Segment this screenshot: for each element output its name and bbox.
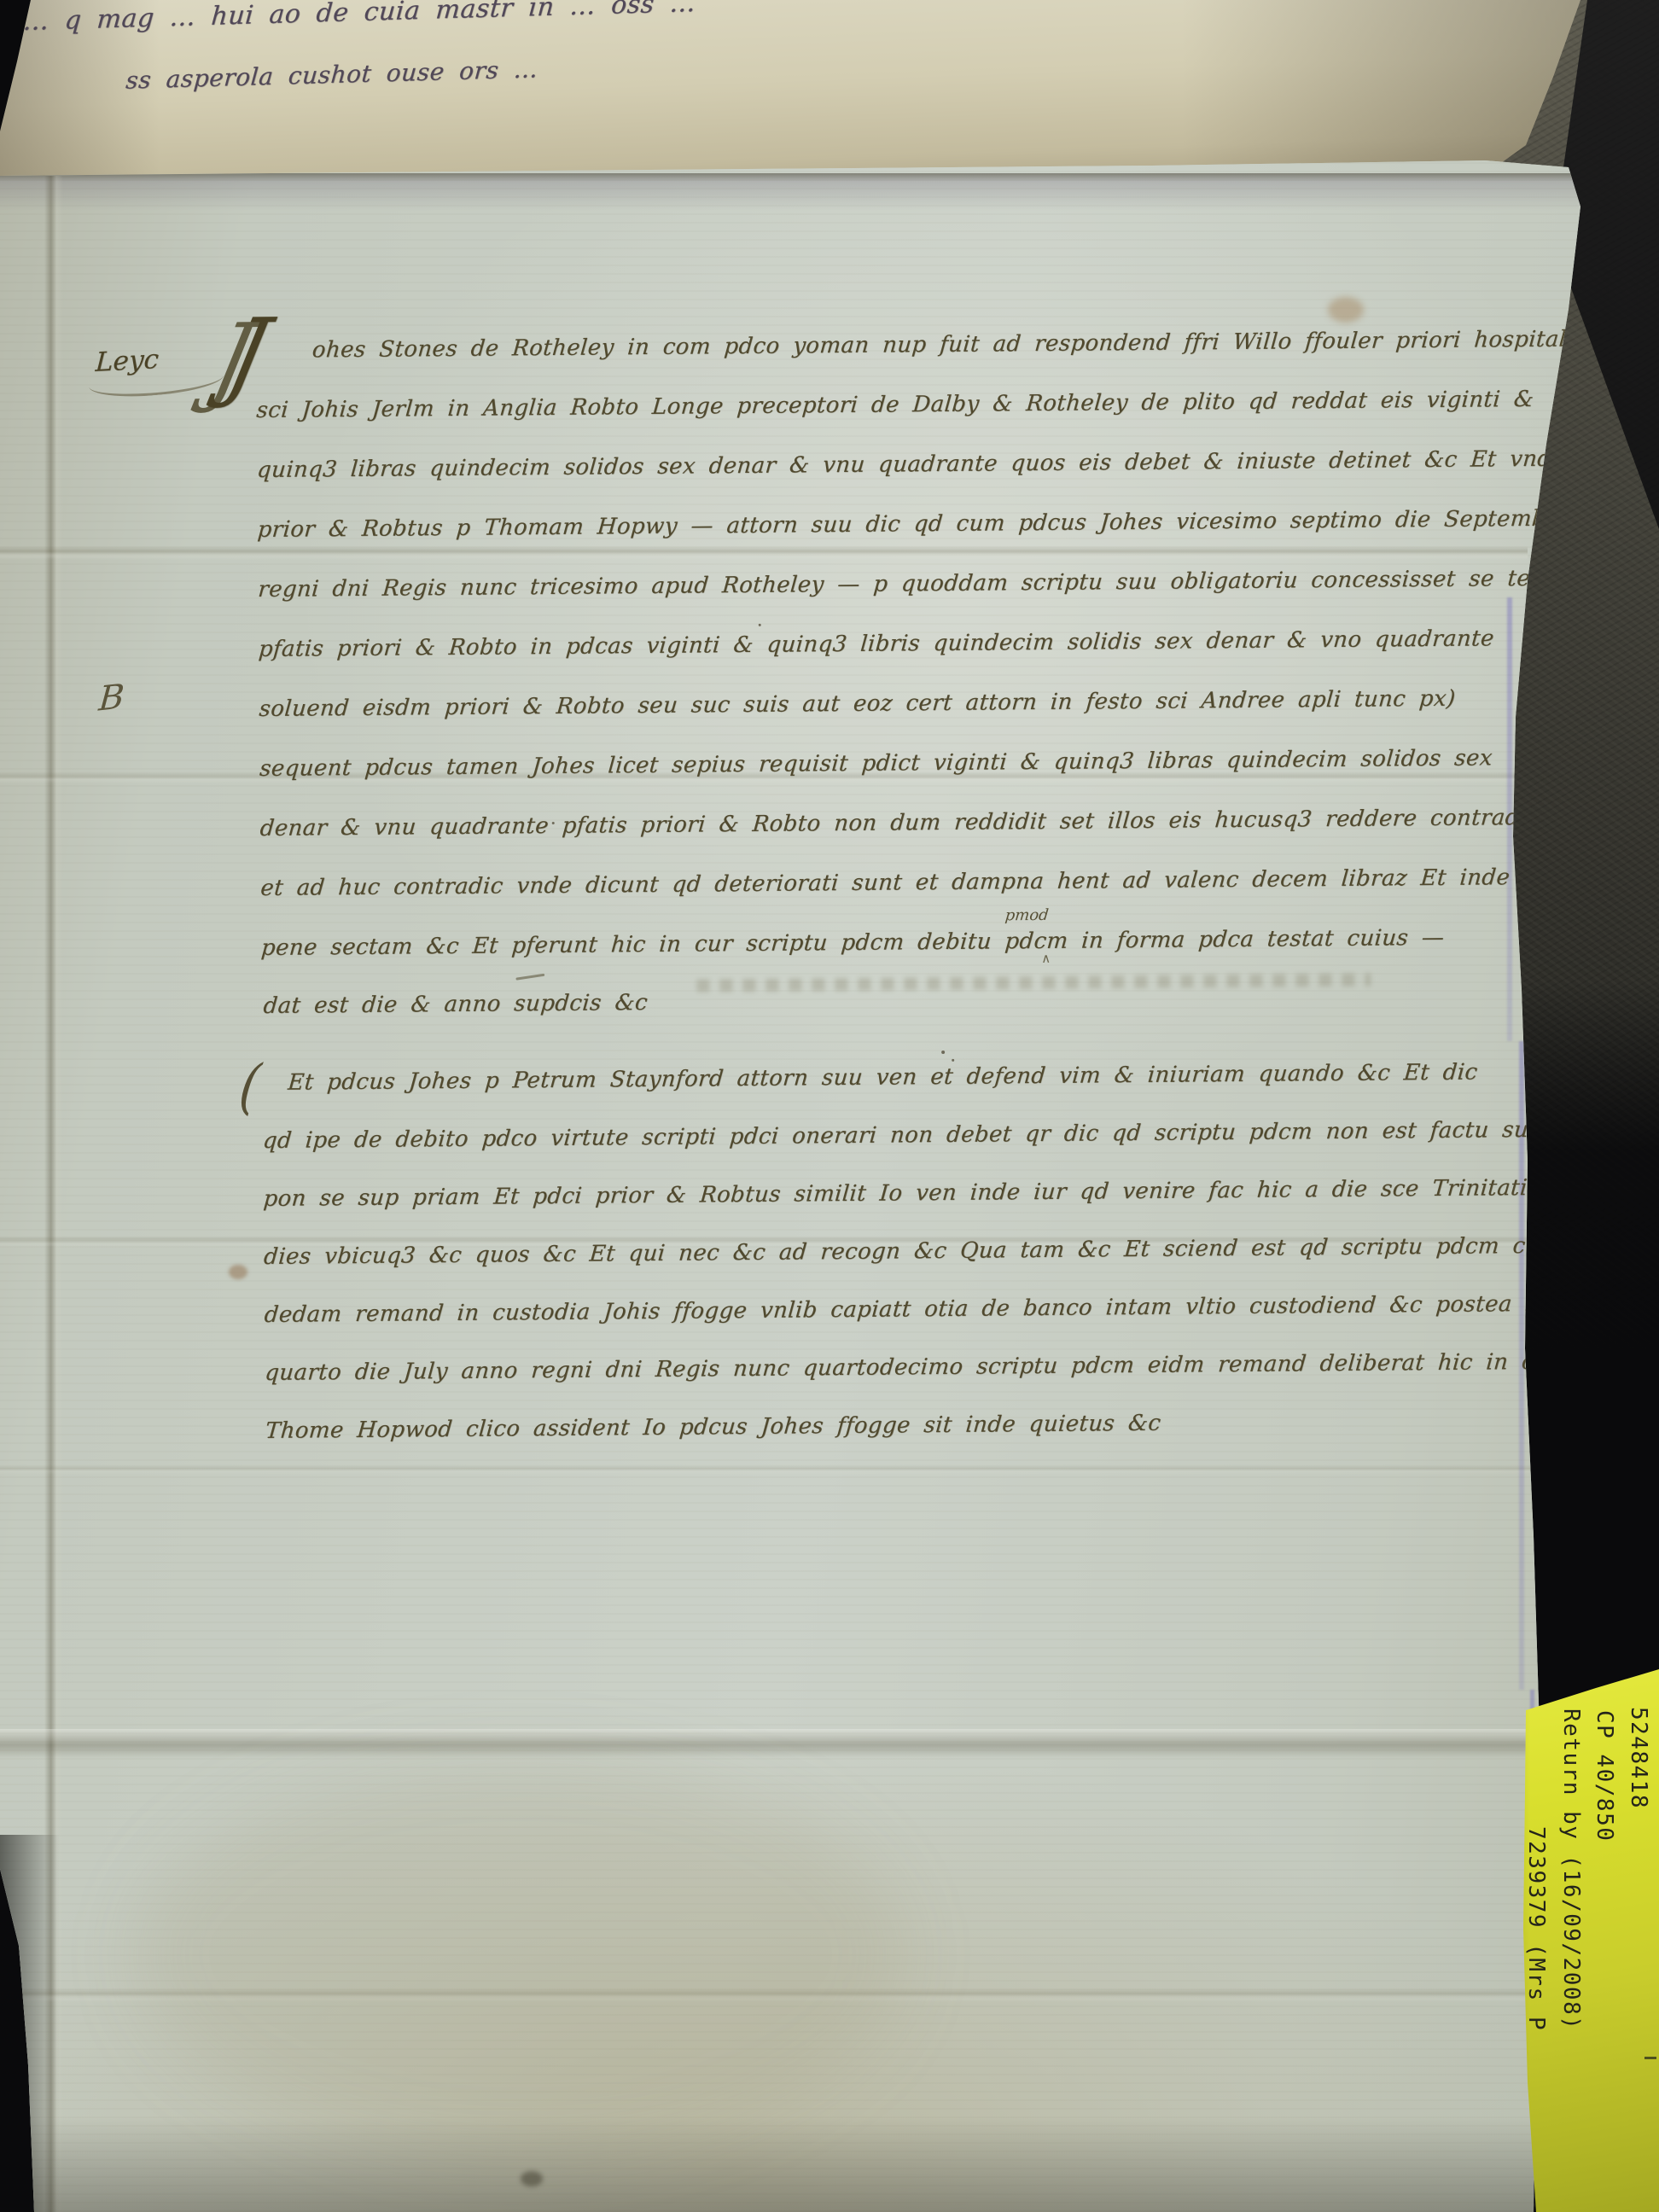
ink-speck [759, 624, 761, 626]
manuscript-photo: … q mag … hui ao de cuia mastr in … oss … [0, 0, 1659, 2212]
manuscript-fragment-line: … q mag … hui ao de cuia mastr in … oss … [22, 0, 697, 35]
paragraph-paraph-mark: ( [236, 1057, 264, 1116]
manuscript-line: prior & Robtus p Thomam Hopwy — attorn s… [257, 507, 1628, 541]
manuscript-line: quarto die July anno regni dni Regis nun… [264, 1351, 1561, 1384]
previous-membrane-edge: … q mag … hui ao de cuia mastr in … oss … [0, 0, 1596, 183]
interlinear-insertion: pmod [1004, 908, 1050, 923]
manuscript-line: denar & vnu quadrante pfatis priori & Ro… [259, 806, 1557, 840]
manuscript-line: ohes Stones de Rotheley in com pdco yoma… [311, 328, 1586, 361]
manuscript-line: sci Johis Jerlm in Anglia Robto Longe pr… [256, 388, 1535, 422]
abbreviation-stroke [515, 974, 544, 981]
manuscript-line: dat est die & anno supdcis &c [263, 992, 649, 1017]
manuscript-line: sequent pdcus tamen Johes licet sepius r… [259, 747, 1493, 780]
folio-number-underline [1644, 2057, 1656, 2059]
manuscript-line: pon se sup priam Et pdci prior & Robtus … [263, 1176, 1615, 1210]
manuscript-line: pfatis priori & Robto in pdcas viginti &… [258, 627, 1495, 661]
manuscript-line: soluend eisdm priori & Robto seu suc sui… [259, 688, 1457, 720]
insertion-caret-mark: ∧ [1041, 951, 1051, 966]
ink-speck [941, 1051, 945, 1054]
manuscript-line: qd ipe de debito pdco virtute scripti pd… [262, 1117, 1659, 1151]
manuscript-line: dies vbicuq3 &c quos &c Et qui nec &c ad… [263, 1235, 1577, 1268]
manuscript-text-block: J ohes Stones de Rotheley in com pdco yo… [0, 0, 1659, 2212]
ink-offset-ghost [696, 974, 1371, 992]
parchment-page: Leyc B J ohes Stones de Rotheley in com … [0, 0, 1659, 2212]
manuscript-line: dedam remand in custodia Johis ffogge vn… [264, 1293, 1575, 1326]
manuscript-fragment-line: ss asperola cushot ouse ors … [125, 57, 538, 92]
ink-speck [952, 1059, 954, 1062]
manuscript-line: pene sectam &c Et pferunt hic in cur scr… [260, 927, 1445, 959]
manuscript-line: Et pdcus Johes p Petrum Staynford attorn… [287, 1062, 1478, 1094]
page-bottom-shade [0, 2116, 1545, 2212]
manuscript-line: regni dni Regis nunc tricesimo apud Roth… [257, 567, 1577, 601]
opening-initial-letter: J [222, 311, 276, 398]
manuscript-line: et ad huc contradic vnde dicunt qd deter… [259, 866, 1511, 899]
label-barcode-number: 5248418 [1623, 1707, 1652, 1809]
manuscript-line: quinq3 libras quindecim solidos sex dena… [256, 447, 1623, 481]
label-reference-number: CP 40/850 [1589, 1710, 1618, 1842]
ink-speck [552, 822, 555, 824]
label-return-by-date: Return by (16/09/2008) [1556, 1708, 1585, 2030]
manuscript-line: Thome Hopwod clico assident Io pdcus Joh… [265, 1412, 1161, 1442]
